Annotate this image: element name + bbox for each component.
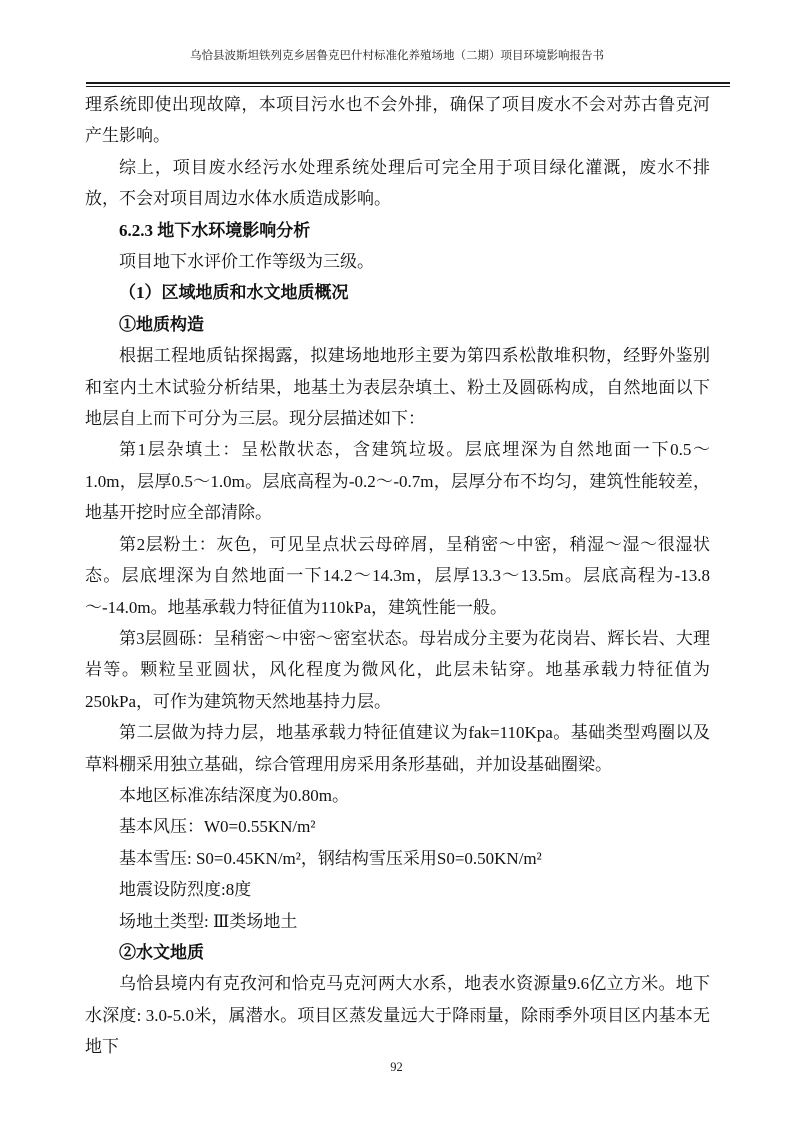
paragraph-layer-3-gravel: 第3层圆砾：呈稍密～中密～密室状态。母岩成分主要为花岗岩、辉长岩、大理岩等。颗粒… [85,623,710,717]
section-heading-6-2-3: 6.2.3 地下水环境影响分析 [85,215,710,246]
subsection-heading-hydrogeology: ②水文地质 [85,937,710,968]
page-number: 92 [0,1060,793,1075]
document-page: 乌恰县波斯坦铁列克乡居鲁克巴什村标准化养殖场地（二期）项目环境影响报告书 理系统… [0,0,793,1122]
subsection-heading-geological-structure: ①地质构造 [85,309,710,340]
paragraph-groundwater-grade: 项目地下水评价工作等级为三级。 [85,246,710,277]
paragraph-water-systems: 乌恰县境内有克孜河和恰克马克河两大水系，地表水资源量9.6亿立方米。地下水深度:… [85,968,710,1062]
paragraph-layer-2-silt: 第2层粉土：灰色，可见呈点状云母碎屑，呈稍密～中密，稍湿～湿～很湿状态。层底埋深… [85,529,710,623]
paragraph-layer-1-fill: 第1层杂填土：呈松散状态，含建筑垃圾。层底埋深为自然地面一下0.5～1.0m，层… [85,434,710,528]
subsection-heading-regional-geology: （1）区域地质和水文地质概况 [85,277,710,308]
document-body: 理系统即使出现故障，本项目污水也不会外排，确保了项目废水不会对苏古鲁克河产生影响… [85,89,710,1063]
paragraph-wastewater-summary: 综上，项目废水经污水处理系统处理后可完全用于项目绿化灌溉，废水不排放，不会对项目… [85,152,710,215]
paragraph-site-soil-type: 场地土类型: Ⅲ类场地土 [85,906,710,937]
header-divider-rule [86,82,730,87]
paragraph-seismic-intensity: 地震设防烈度:8度 [85,874,710,905]
paragraph-wastewater-continuation: 理系统即使出现故障，本项目污水也不会外排，确保了项目废水不会对苏古鲁克河产生影响… [85,89,710,152]
paragraph-wind-pressure: 基本风压：W0=0.55KN/m² [85,811,710,842]
paragraph-snow-pressure: 基本雪压: S0=0.45KN/m²，钢结构雪压采用S0=0.50KN/m² [85,843,710,874]
paragraph-frost-depth: 本地区标准冻结深度为0.80m。 [85,780,710,811]
paragraph-bearing-layer: 第二层做为持力层，地基承载力特征值建议为fak=110Kpa。基础类型鸡圈以及草… [85,717,710,780]
page-header-title: 乌恰县波斯坦铁列克乡居鲁克巴什村标准化养殖场地（二期）项目环境影响报告书 [84,49,710,64]
paragraph-drilling-survey: 根据工程地质钻探揭露，拟建场地地形主要为第四系松散堆积物，经野外鉴别和室内土木试… [85,340,710,434]
